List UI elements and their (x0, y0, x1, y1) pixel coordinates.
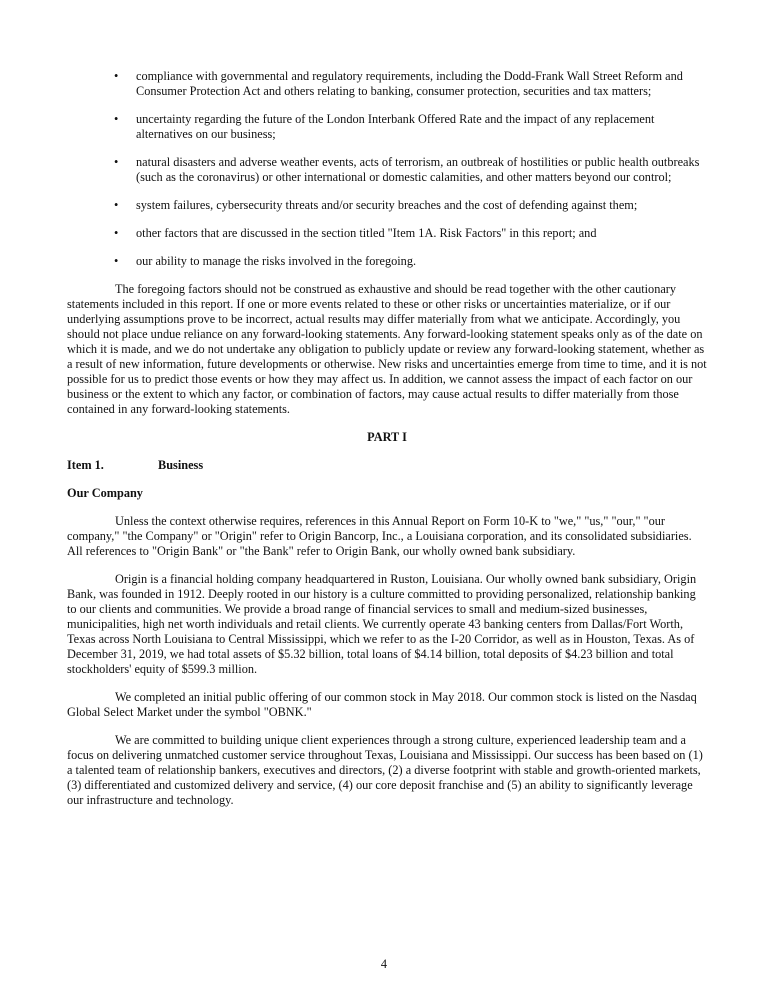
cautionary-statement-paragraph: The foregoing factors should not be cons… (67, 282, 707, 417)
bullet-icon: • (114, 112, 118, 127)
definitions-paragraph: Unless the context otherwise requires, r… (67, 514, 707, 559)
bullet-icon: • (114, 69, 118, 84)
section-heading-our-company: Our Company (67, 486, 707, 501)
bullet-text: compliance with governmental and regulat… (136, 69, 683, 98)
strategy-paragraph: We are committed to building unique clie… (67, 733, 707, 808)
bullet-icon: • (114, 254, 118, 269)
document-page: • compliance with governmental and regul… (67, 69, 707, 821)
bullet-text: other factors that are discussed in the … (136, 226, 596, 240)
bullet-icon: • (114, 226, 118, 241)
company-overview-paragraph: Origin is a financial holding company he… (67, 572, 707, 677)
bullet-text: our ability to manage the risks involved… (136, 254, 416, 268)
bullet-item-other-factors: • other factors that are discussed in th… (67, 226, 707, 241)
ipo-paragraph: We completed an initial public offering … (67, 690, 707, 720)
bullet-item-system-failures: • system failures, cybersecurity threats… (67, 198, 707, 213)
page-number: 4 (0, 957, 768, 972)
bullet-item-regulatory-compliance: • compliance with governmental and regul… (67, 69, 707, 99)
bullet-item-risk-management: • our ability to manage the risks involv… (67, 254, 707, 269)
item-title: Business (158, 458, 203, 473)
bullet-text: uncertainty regarding the future of the … (136, 112, 654, 141)
bullet-text: system failures, cybersecurity threats a… (136, 198, 637, 212)
bullet-icon: • (114, 198, 118, 213)
bullet-item-natural-disasters: • natural disasters and adverse weather … (67, 155, 707, 185)
bullet-text: natural disasters and adverse weather ev… (136, 155, 699, 184)
bullet-icon: • (114, 155, 118, 170)
part-heading: PART I (67, 430, 707, 445)
risk-factor-bullet-list: • compliance with governmental and regul… (67, 69, 707, 269)
item-heading: Item 1. Business (67, 458, 707, 473)
item-number: Item 1. (67, 458, 158, 473)
bullet-item-libor-uncertainty: • uncertainty regarding the future of th… (67, 112, 707, 142)
